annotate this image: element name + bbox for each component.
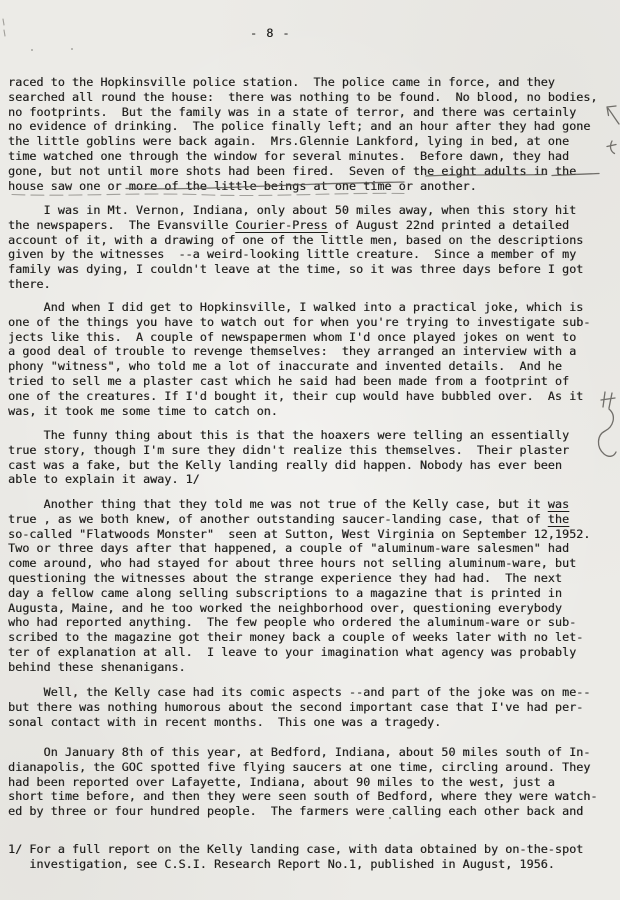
footnote-text: 1/ For a full report on the Kelly landin…	[8, 842, 583, 871]
paragraph-text: Well, the Kelly case had its comic aspec…	[8, 685, 590, 729]
paragraph-text: so-called "Flatwoods Monster" seen at Su…	[8, 527, 590, 674]
paragraph-practical-joke: And when I did get to Hopkinsville, I wa…	[8, 300, 590, 418]
paragraph-mt-vernon: I was in Mt. Vernon, Indiana, only about…	[8, 203, 583, 292]
paragraph-text: true , as we both knew, of another outst…	[8, 512, 548, 526]
underlined-the: the	[548, 512, 569, 526]
paragraph-police-search: raced to the Hopkinsville police station…	[8, 75, 598, 193]
underlined-courier-press: Courier-Press	[235, 218, 327, 232]
paragraph-text: And when I did get to Hopkinsville, I wa…	[8, 300, 590, 418]
underlined-was: was	[548, 497, 569, 511]
paragraph-text: Another thing that they told me was not …	[8, 497, 548, 511]
paragraph-text: On January 8th of this year, at Bedford,…	[8, 745, 598, 818]
paragraph-text: raced to the Hopkinsville police station…	[8, 75, 598, 193]
paragraph-comic-aspects: Well, the Kelly case had its comic aspec…	[8, 685, 590, 729]
paragraph-hoaxers: The funny thing about this is that the h…	[8, 428, 569, 487]
paragraph-bedford-sighting: On January 8th of this year, at Bedford,…	[8, 745, 598, 819]
footnote: 1/ For a full report on the Kelly landin…	[8, 842, 583, 872]
paragraph-text: The funny thing about this is that the h…	[8, 428, 569, 486]
page-number: - 8 -	[250, 26, 291, 40]
paragraph-flatwoods: Another thing that they told me was not …	[8, 497, 590, 675]
